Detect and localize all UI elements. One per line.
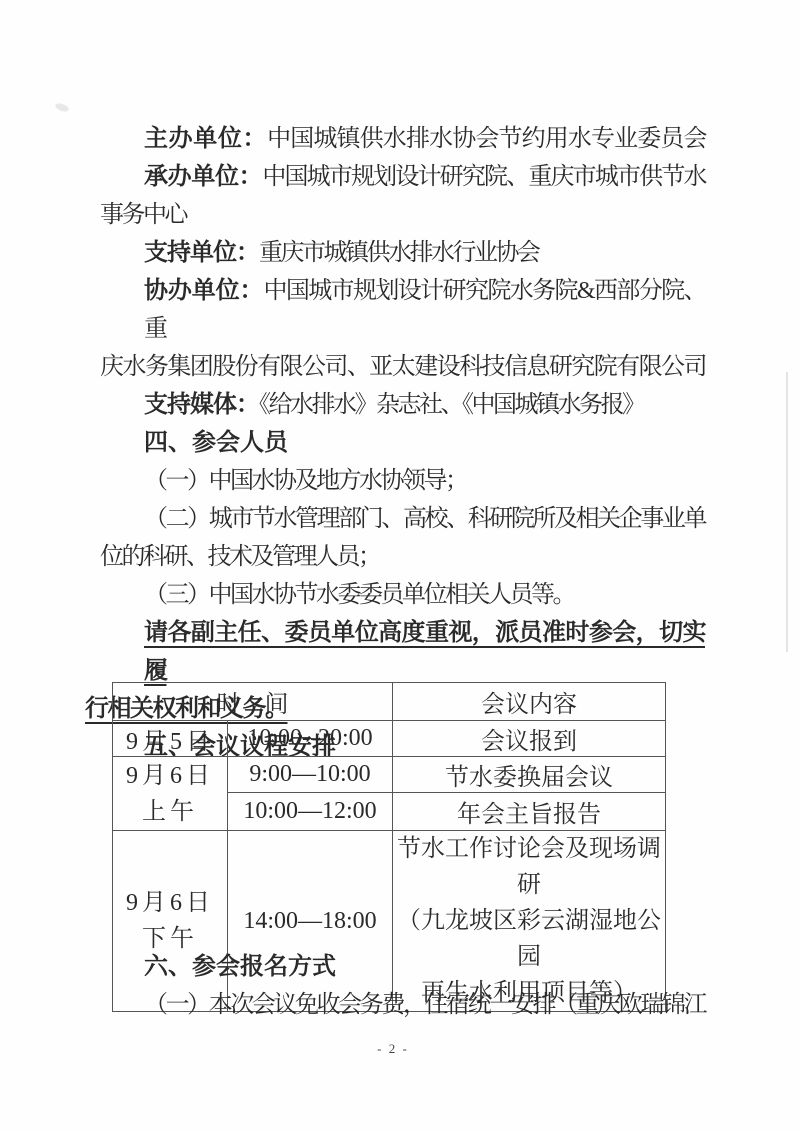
media-value: 《给水排水》杂志社、《中国城镇水务报》	[259, 392, 644, 418]
supporter-org-value: 重庆市城镇供水排水行业协会	[259, 240, 539, 266]
media-line: 支持媒体：《给水排水》杂志社、《中国城镇水务报》	[100, 386, 705, 424]
section4-heading: 四、参会人员	[100, 424, 705, 462]
notice-line1: 请各副主任、委员单位高度重视，派员准时参会，切实履	[100, 614, 705, 690]
agenda-content-registration: 会议报到	[393, 721, 666, 757]
agenda-date-sep6-morning-date: 9月6日	[113, 758, 227, 794]
undertaker-org-label: 承办单位：	[144, 163, 262, 190]
document-page: 主办单位：中国城镇供水排水协会节约用水专业委员会 承办单位：中国城市规划设计研究…	[0, 0, 800, 1130]
co-organizer-line1: 协办单位：中国城市规划设计研究院水务院&西部分院、重	[100, 272, 705, 348]
co-organizer-label: 协办单位：	[144, 277, 263, 304]
page-number: - 2 -	[0, 1041, 786, 1057]
agenda-content-keynote: 年会主旨报告	[393, 793, 666, 831]
agenda-date-sep5: 9月5日	[113, 721, 228, 757]
undertaker-org-line1: 承办单位：中国城市规划设计研究院、重庆市城市供节水	[100, 158, 705, 196]
supporter-org-line: 支持单位：重庆市城镇供水排水行业协会	[100, 234, 705, 272]
host-org-line: 主办单位：中国城镇供水排水协会节约用水专业委员会	[100, 120, 705, 158]
co-organizer-line2: 庆水务集团股份有限公司、亚太建设科技信息研究院有限公司	[100, 348, 705, 386]
undertaker-org-line2: 事务中心	[100, 196, 705, 234]
section4-item1: （一）中国水协及地方水协领导；	[100, 462, 705, 500]
section4-item3: （三）中国水协节水委委员单位相关人员等。	[100, 576, 705, 614]
agenda-header-time: 时 间	[113, 683, 393, 721]
host-org-label: 主办单位：	[144, 125, 267, 152]
agenda-content-committee: 节水委换届会议	[393, 757, 666, 793]
agenda-date-sep6-morning: 9月6日 上午	[113, 757, 228, 831]
body-text: 主办单位：中国城镇供水排水协会节约用水专业委员会 承办单位：中国城市规划设计研究…	[100, 120, 705, 766]
supporter-org-label: 支持单位：	[144, 239, 259, 266]
agenda-time-keynote: 10:00—12:00	[228, 793, 393, 831]
section4-item2-line1: （二）城市节水管理部门、高校、科研院所及相关企事业单	[100, 500, 705, 538]
agenda-content-discussion-line1: 节水工作讨论会及现场调研	[393, 831, 665, 903]
agenda-time-registration: 10:00--20:00	[228, 721, 393, 757]
agenda-date-sep6-morning-period: 上午	[113, 794, 227, 830]
media-label: 支持媒体：	[144, 391, 259, 418]
agenda-header-content: 会议内容	[393, 683, 666, 721]
scan-edge-line	[786, 372, 788, 652]
agenda-header-row: 时 间 会议内容	[113, 683, 666, 721]
undertaker-org-value: 中国城市规划设计研究院、重庆市城市供节水	[262, 164, 705, 190]
section4-item2-line2: 位的科研、技术及管理人员；	[100, 538, 705, 576]
agenda-row-sep6-morning-a: 9月6日 上午 9:00—10:00 节水委换届会议	[113, 757, 666, 793]
host-org-value: 中国城镇供水排水协会节约用水专业委员会	[267, 126, 705, 152]
body-text-lower: 六、参会报名方式 （一）本次会议免收会务费，住宿统一安排（重庆欧瑞锦江	[100, 948, 705, 1024]
agenda-row-sep5: 9月5日 10:00--20:00 会议报到	[113, 721, 666, 757]
agenda-date-sep6-afternoon-date: 9月6日	[113, 885, 227, 921]
section6-item1: （一）本次会议免收会务费，住宿统一安排（重庆欧瑞锦江	[100, 986, 705, 1024]
scan-smudge	[54, 102, 70, 113]
section6-heading: 六、参会报名方式	[100, 948, 705, 986]
agenda-time-committee: 9:00—10:00	[228, 757, 393, 793]
